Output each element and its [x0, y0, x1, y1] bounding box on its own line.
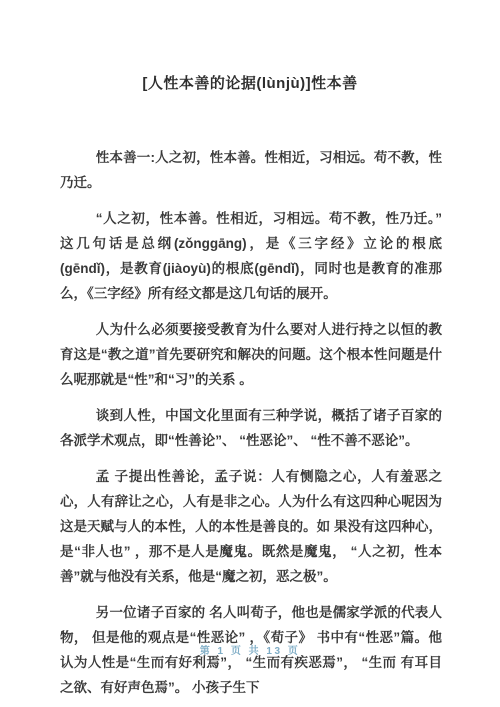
page-number-indicator: 第 1 页 共 13 页 [200, 646, 301, 657]
document-title: [人性本善的论据(lùnjù)]性本善 [0, 0, 500, 93]
paragraph-education-question: 人为什么必须要接受教育为什么要对人进行持之以恒的教育这是“教之道”首先要研究和解… [60, 317, 442, 392]
paragraph-three-theories: 谈到人性，中国文化里面有三种学说，概括了诸子百家的各派学术观点，即“性善论”、 … [60, 403, 442, 453]
document-page: [人性本善的论据(lùnjù)]性本善 性本善一:人之初，性本善。性相近，习相远… [0, 0, 500, 707]
paragraph-mencius: 孟 子提出性善论，孟子说：人有恻隐之心，人有羞恶之心，人有辞让之心，人有是非之心… [60, 464, 442, 589]
paragraph-sanzijing-outline: “人之初，性本善。性相近，习相远。苟不教，性乃迁。” 这几句话是总纲(zǒngg… [60, 206, 442, 306]
document-body: 性本善一:人之初，性本善。性相近，习相远。苟不教，性乃迁。 “人之初，性本善。性… [0, 93, 500, 700]
page-footer: 第 1 页 共 13 页 [0, 642, 500, 657]
paragraph-intro: 性本善一:人之初，性本善。性相近，习相远。苟不教，性乃迁。 [60, 145, 442, 195]
